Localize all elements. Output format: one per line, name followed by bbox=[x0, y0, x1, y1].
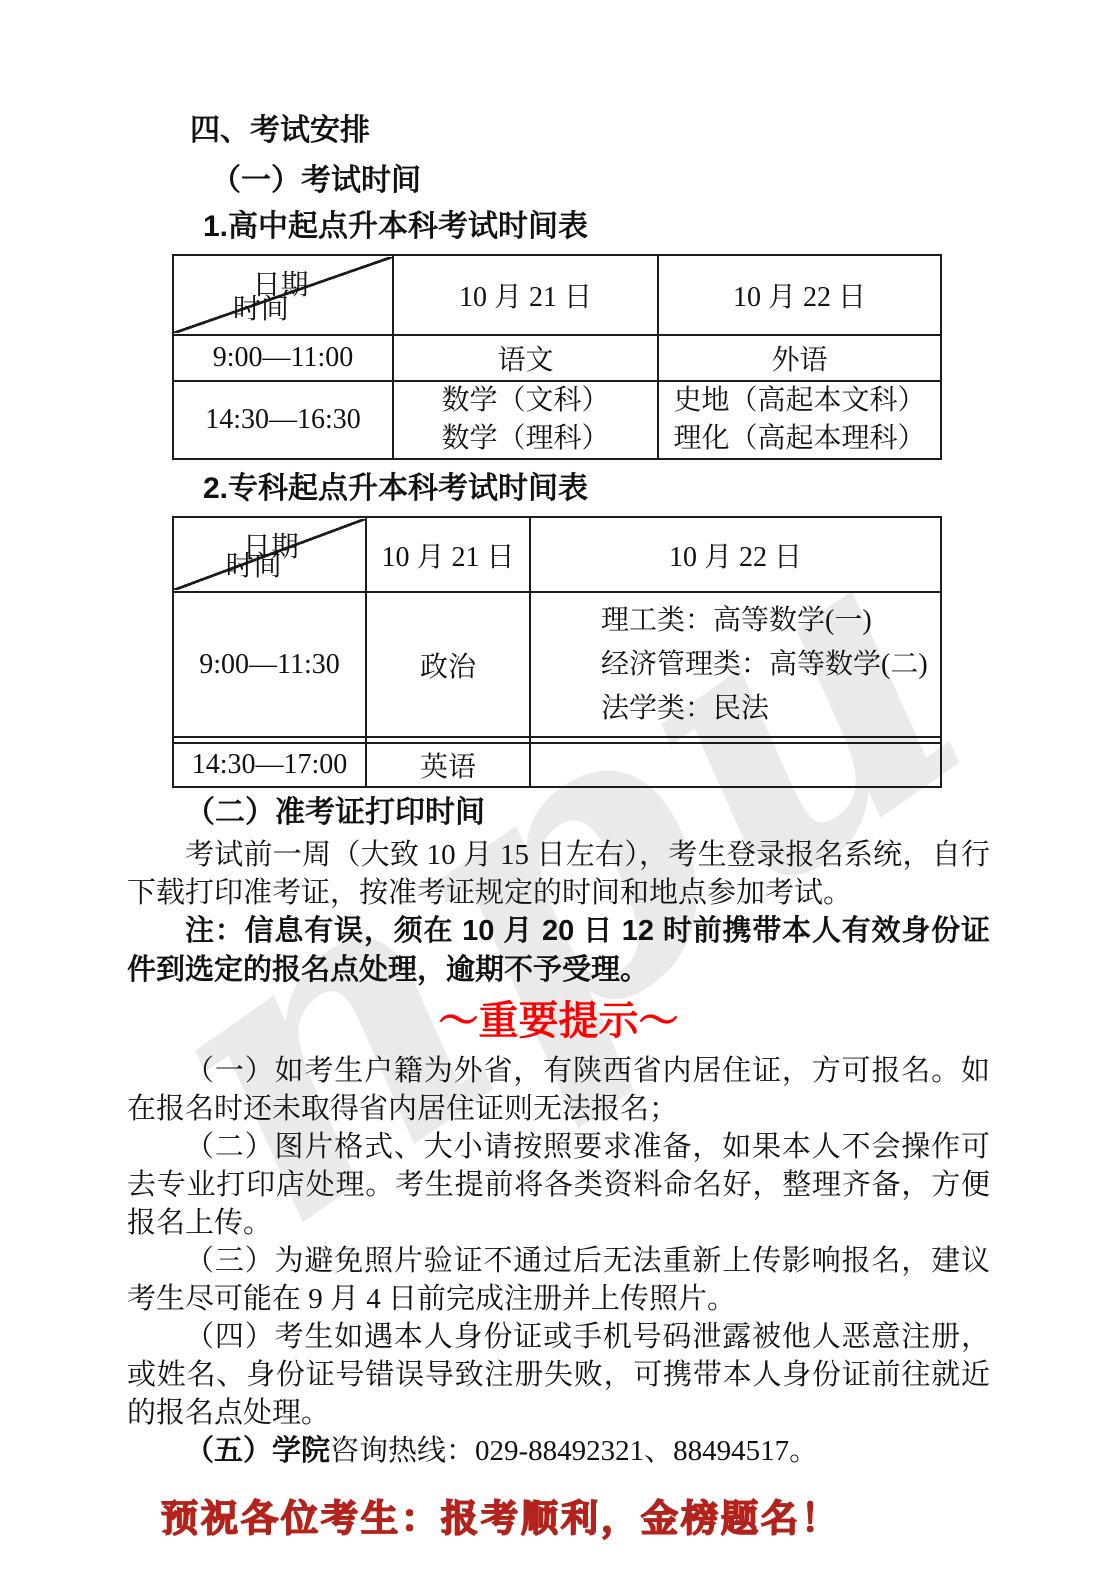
notice-item-5-bold: （五）学院 bbox=[185, 1435, 330, 1467]
print-info-paragraph: 考试前一周（大致 10 月 15 日左右），考生登录报名系统，自行下载打印准考证… bbox=[127, 836, 990, 912]
subject-line: 经济管理类：高等数学(二) bbox=[601, 643, 940, 687]
subject-cell: 语文 bbox=[393, 335, 658, 381]
notice-item-5: （五）学院咨询热线：029-88492321、88494517。 bbox=[127, 1432, 990, 1470]
table-row: 14:30—16:30 数学（文科） 数学（理科） 史地（高起本文科） 理化（高… bbox=[173, 381, 941, 459]
subsection-heading-exam-time: （一）考试时间 bbox=[211, 162, 990, 200]
subject-cell: 理工类：高等数学(一) 经济管理类：高等数学(二) 法学类：民法 bbox=[530, 592, 941, 737]
subject-line: 数学（文科） bbox=[394, 382, 657, 420]
notice-item-4: （四）考生如遇本人身份证或手机号码泄露被他人恶意注册，或姓名、身份证号错误导致注… bbox=[127, 1318, 990, 1432]
table2-date-column-1: 10 月 21 日 bbox=[366, 517, 530, 592]
time-slot-cell: 9:00—11:30 bbox=[173, 592, 366, 737]
subject-line: 法学类：民法 bbox=[601, 687, 940, 731]
note-paragraph: 注：信息有误，须在 10 月 20 日 12 时前携带本人有效身份证件到选定的报… bbox=[127, 912, 990, 990]
table-row: 14:30—17:00 英语 bbox=[173, 743, 941, 787]
subject-cell: 英语 bbox=[366, 743, 530, 787]
highschool-to-bachelor-timetable: 日期 时间 10 月 21 日 10 月 22 日 9:00—11:00 语文 … bbox=[172, 254, 942, 460]
time-slot-cell: 9:00—11:00 bbox=[173, 335, 393, 381]
time-slot-cell: 14:30—17:00 bbox=[173, 743, 366, 787]
subject-cell: 数学（文科） 数学（理科） bbox=[393, 381, 658, 459]
subsection-heading-print-time: （二）准考证打印时间 bbox=[185, 794, 990, 832]
notice-item-3: （三）为避免照片验证不通过后无法重新上传影响报名，建议考生尽可能在 9 月 4 … bbox=[127, 1242, 990, 1318]
table2-date-column-2: 10 月 22 日 bbox=[530, 517, 941, 592]
college-to-bachelor-timetable: 日期 时间 10 月 21 日 10 月 22 日 9:00—11:30 政治 … bbox=[172, 516, 942, 788]
corner-time-label: 时间 bbox=[226, 544, 282, 584]
notice-item-1: （一）如考生户籍为外省，有陕西省内居住证，方可报名。如在报名时还未取得省内居住证… bbox=[127, 1052, 990, 1128]
hotline-numbers: 咨询热线：029-88492321、88494517。 bbox=[330, 1435, 818, 1467]
diagonal-divider: 日期 时间 bbox=[174, 257, 392, 333]
table1-header-row: 日期 时间 10 月 21 日 10 月 22 日 bbox=[173, 255, 941, 335]
subject-cell: 史地（高起本文科） 理化（高起本理科） bbox=[658, 381, 941, 459]
diagonal-divider: 日期 时间 bbox=[174, 519, 365, 590]
section-heading: 四、考试安排 bbox=[190, 112, 990, 150]
subject-cell: 政治 bbox=[366, 592, 530, 737]
subject-cell-empty bbox=[530, 743, 941, 787]
table2-corner-cell: 日期 时间 bbox=[173, 517, 366, 592]
table2-title: 2.专科起点升本科考试时间表 bbox=[203, 470, 990, 508]
table1-corner-cell: 日期 时间 bbox=[173, 255, 393, 335]
table1-date-column-2: 10 月 22 日 bbox=[658, 255, 941, 335]
corner-time-label: 时间 bbox=[233, 287, 289, 327]
table-row: 9:00—11:00 语文 外语 bbox=[173, 335, 941, 381]
table2-header-row: 日期 时间 10 月 21 日 10 月 22 日 bbox=[173, 517, 941, 592]
subject-cell: 外语 bbox=[658, 335, 941, 381]
subject-line: 理工类：高等数学(一) bbox=[601, 599, 940, 643]
table1-title: 1.高中起点升本科考试时间表 bbox=[203, 208, 990, 246]
subject-line: 理化（高起本理科） bbox=[659, 420, 940, 458]
table-row: 9:00—11:30 政治 理工类：高等数学(一) 经济管理类：高等数学(二) … bbox=[173, 592, 941, 737]
table1-date-column-1: 10 月 21 日 bbox=[393, 255, 658, 335]
time-slot-cell: 14:30—16:30 bbox=[173, 381, 393, 459]
document-page: npu 四、考试安排 （一）考试时间 1.高中起点升本科考试时间表 日期 时间 … bbox=[0, 0, 1116, 1579]
subject-line: 数学（理科） bbox=[394, 420, 657, 458]
document-content: 四、考试安排 （一）考试时间 1.高中起点升本科考试时间表 日期 时间 10 月… bbox=[0, 0, 1116, 1542]
footer-wish-text: 预祝各位考生：报考顺利，金榜题名！ bbox=[127, 1496, 875, 1542]
subject-line: 史地（高起本文科） bbox=[659, 382, 940, 420]
important-notice-title: ～重要提示～ bbox=[127, 996, 990, 1046]
notice-item-2: （二）图片格式、大小请按照要求准备，如果本人不会操作可去专业打印店处理。考生提前… bbox=[127, 1128, 990, 1242]
